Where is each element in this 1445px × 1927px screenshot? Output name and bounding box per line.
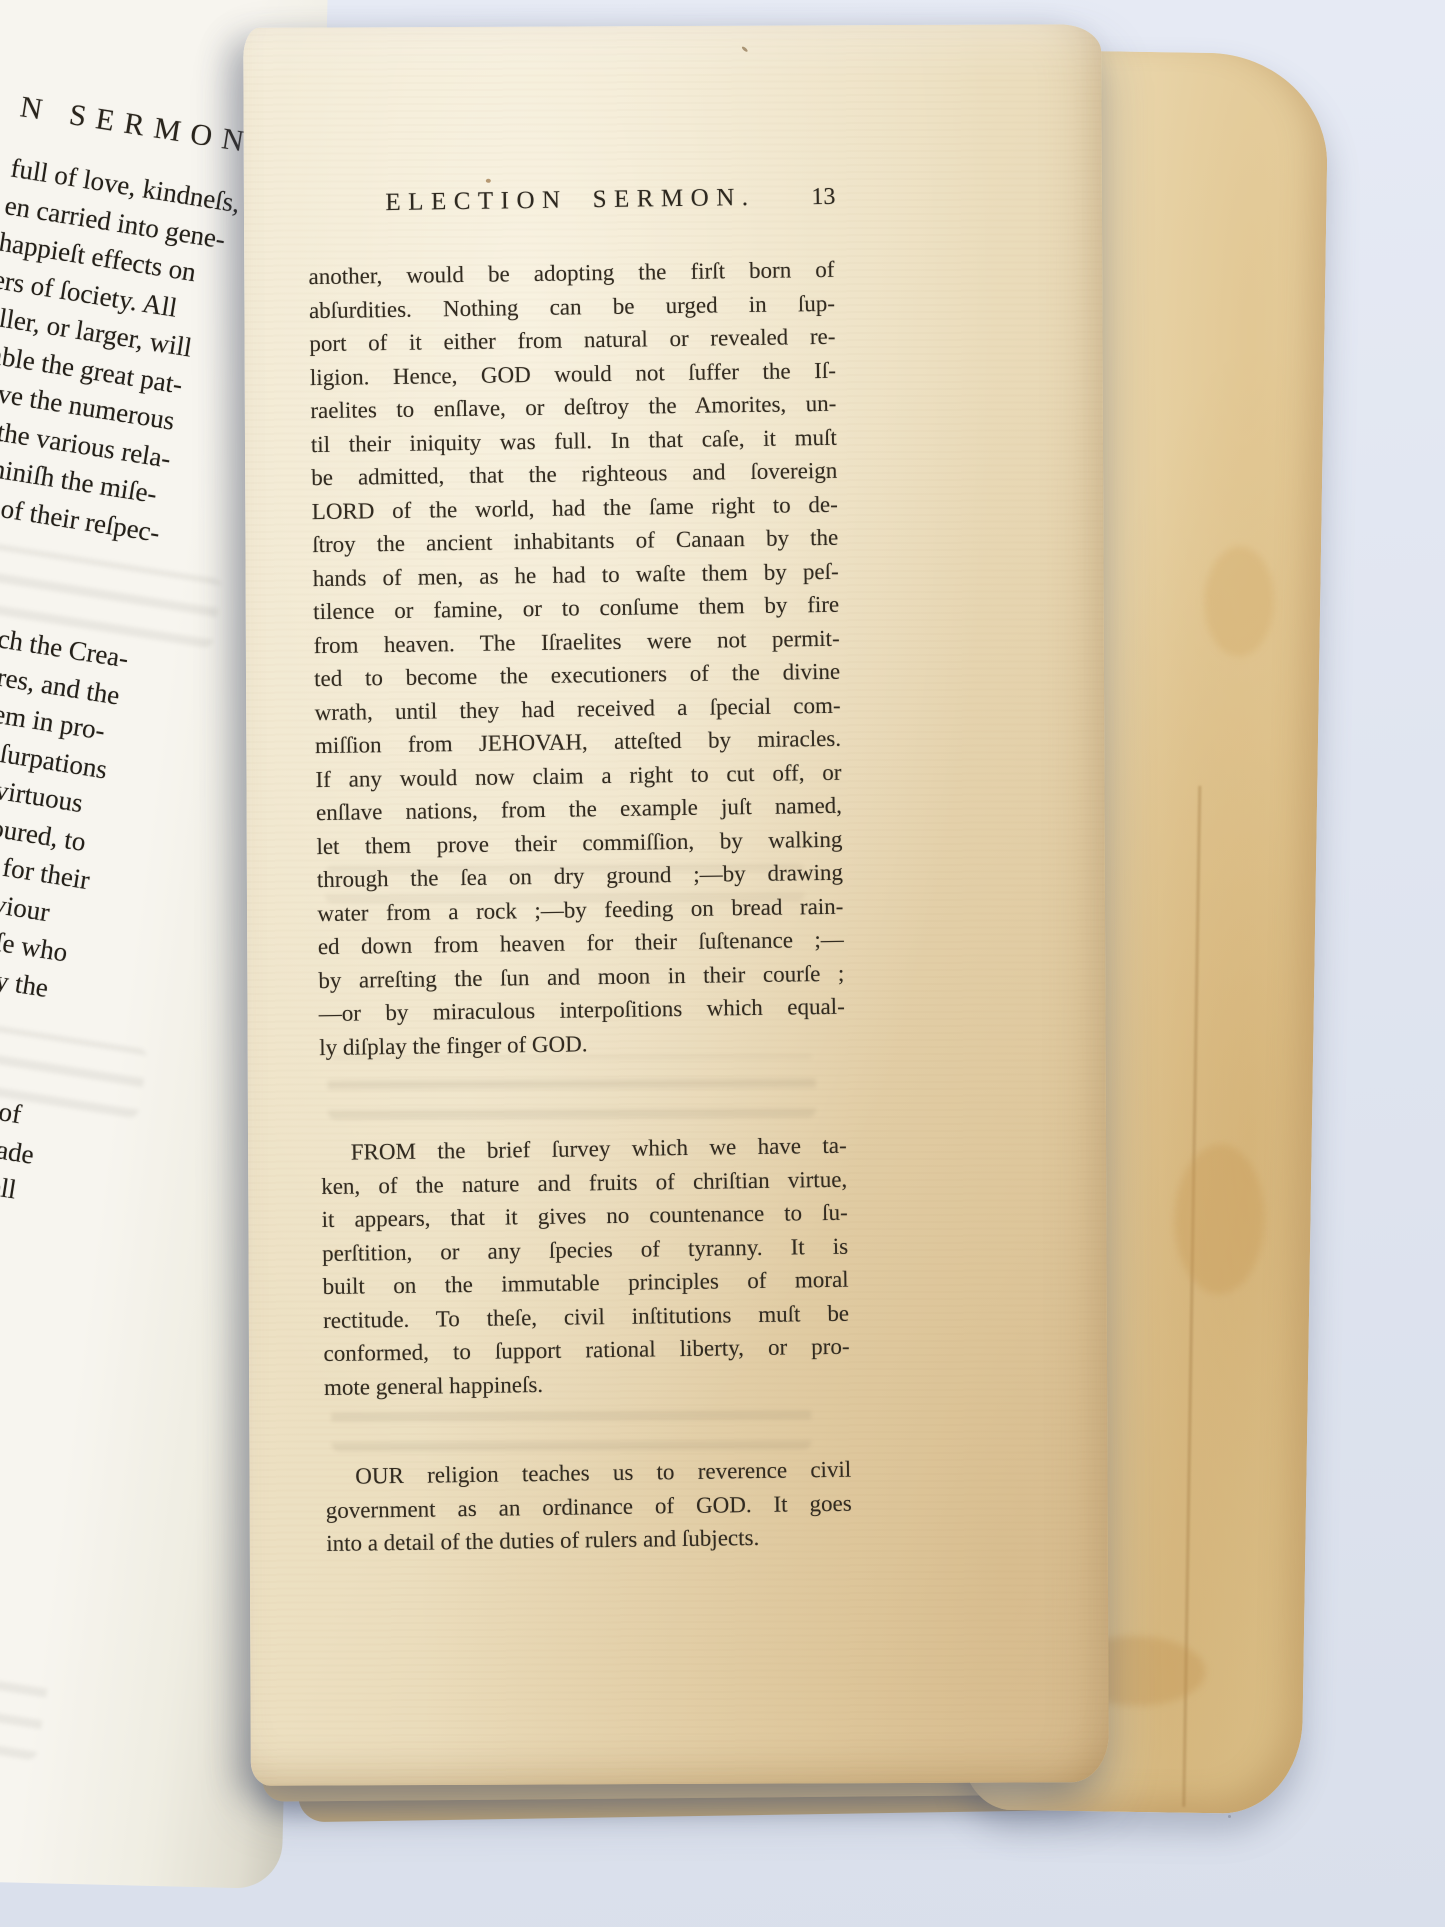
page-header: ELECTION SERMON. 13 [307, 183, 833, 226]
left-text-fragment: propagation ofGOD hath madeen, for to dw… [0, 1072, 164, 1489]
running-title: ELECTION SERMON. [385, 184, 755, 217]
page-content: ELECTION SERMON. 13 another, would be ad… [307, 183, 852, 1561]
left-text-fragment: ſame family,deſtroy one [0, 1500, 96, 1621]
main-page: ELECTION SERMON. 13 another, would be ad… [243, 24, 1109, 1786]
text-line: mote general happineſs. [324, 1363, 850, 1404]
ink-showthrough [0, 1632, 50, 1761]
paragraph: FROM the brief ſurvey which we have ta-k… [321, 1129, 851, 1404]
foxing-stain [1173, 1144, 1265, 1295]
paragraph: OUR religion teaches us to reverence civ… [325, 1453, 852, 1561]
paper-speck [486, 179, 491, 183]
book-photo: N SERMON. full of love, kindneſs,en carr… [0, 0, 1445, 1927]
dust-speck [1228, 1815, 1231, 1818]
text-line: ly diſplay the finger of GOD. [319, 1023, 845, 1064]
paper-speck [741, 46, 748, 53]
page-number: 13 [811, 184, 835, 211]
paragraph: another, would be adopting the firſt bor… [308, 253, 845, 1064]
foxing-stain [1204, 546, 1276, 657]
left-text-fragment: h which the Crea-creatures, and thetted … [0, 611, 237, 1028]
text-line: into a detail of the duties of rulers an… [326, 1520, 852, 1561]
